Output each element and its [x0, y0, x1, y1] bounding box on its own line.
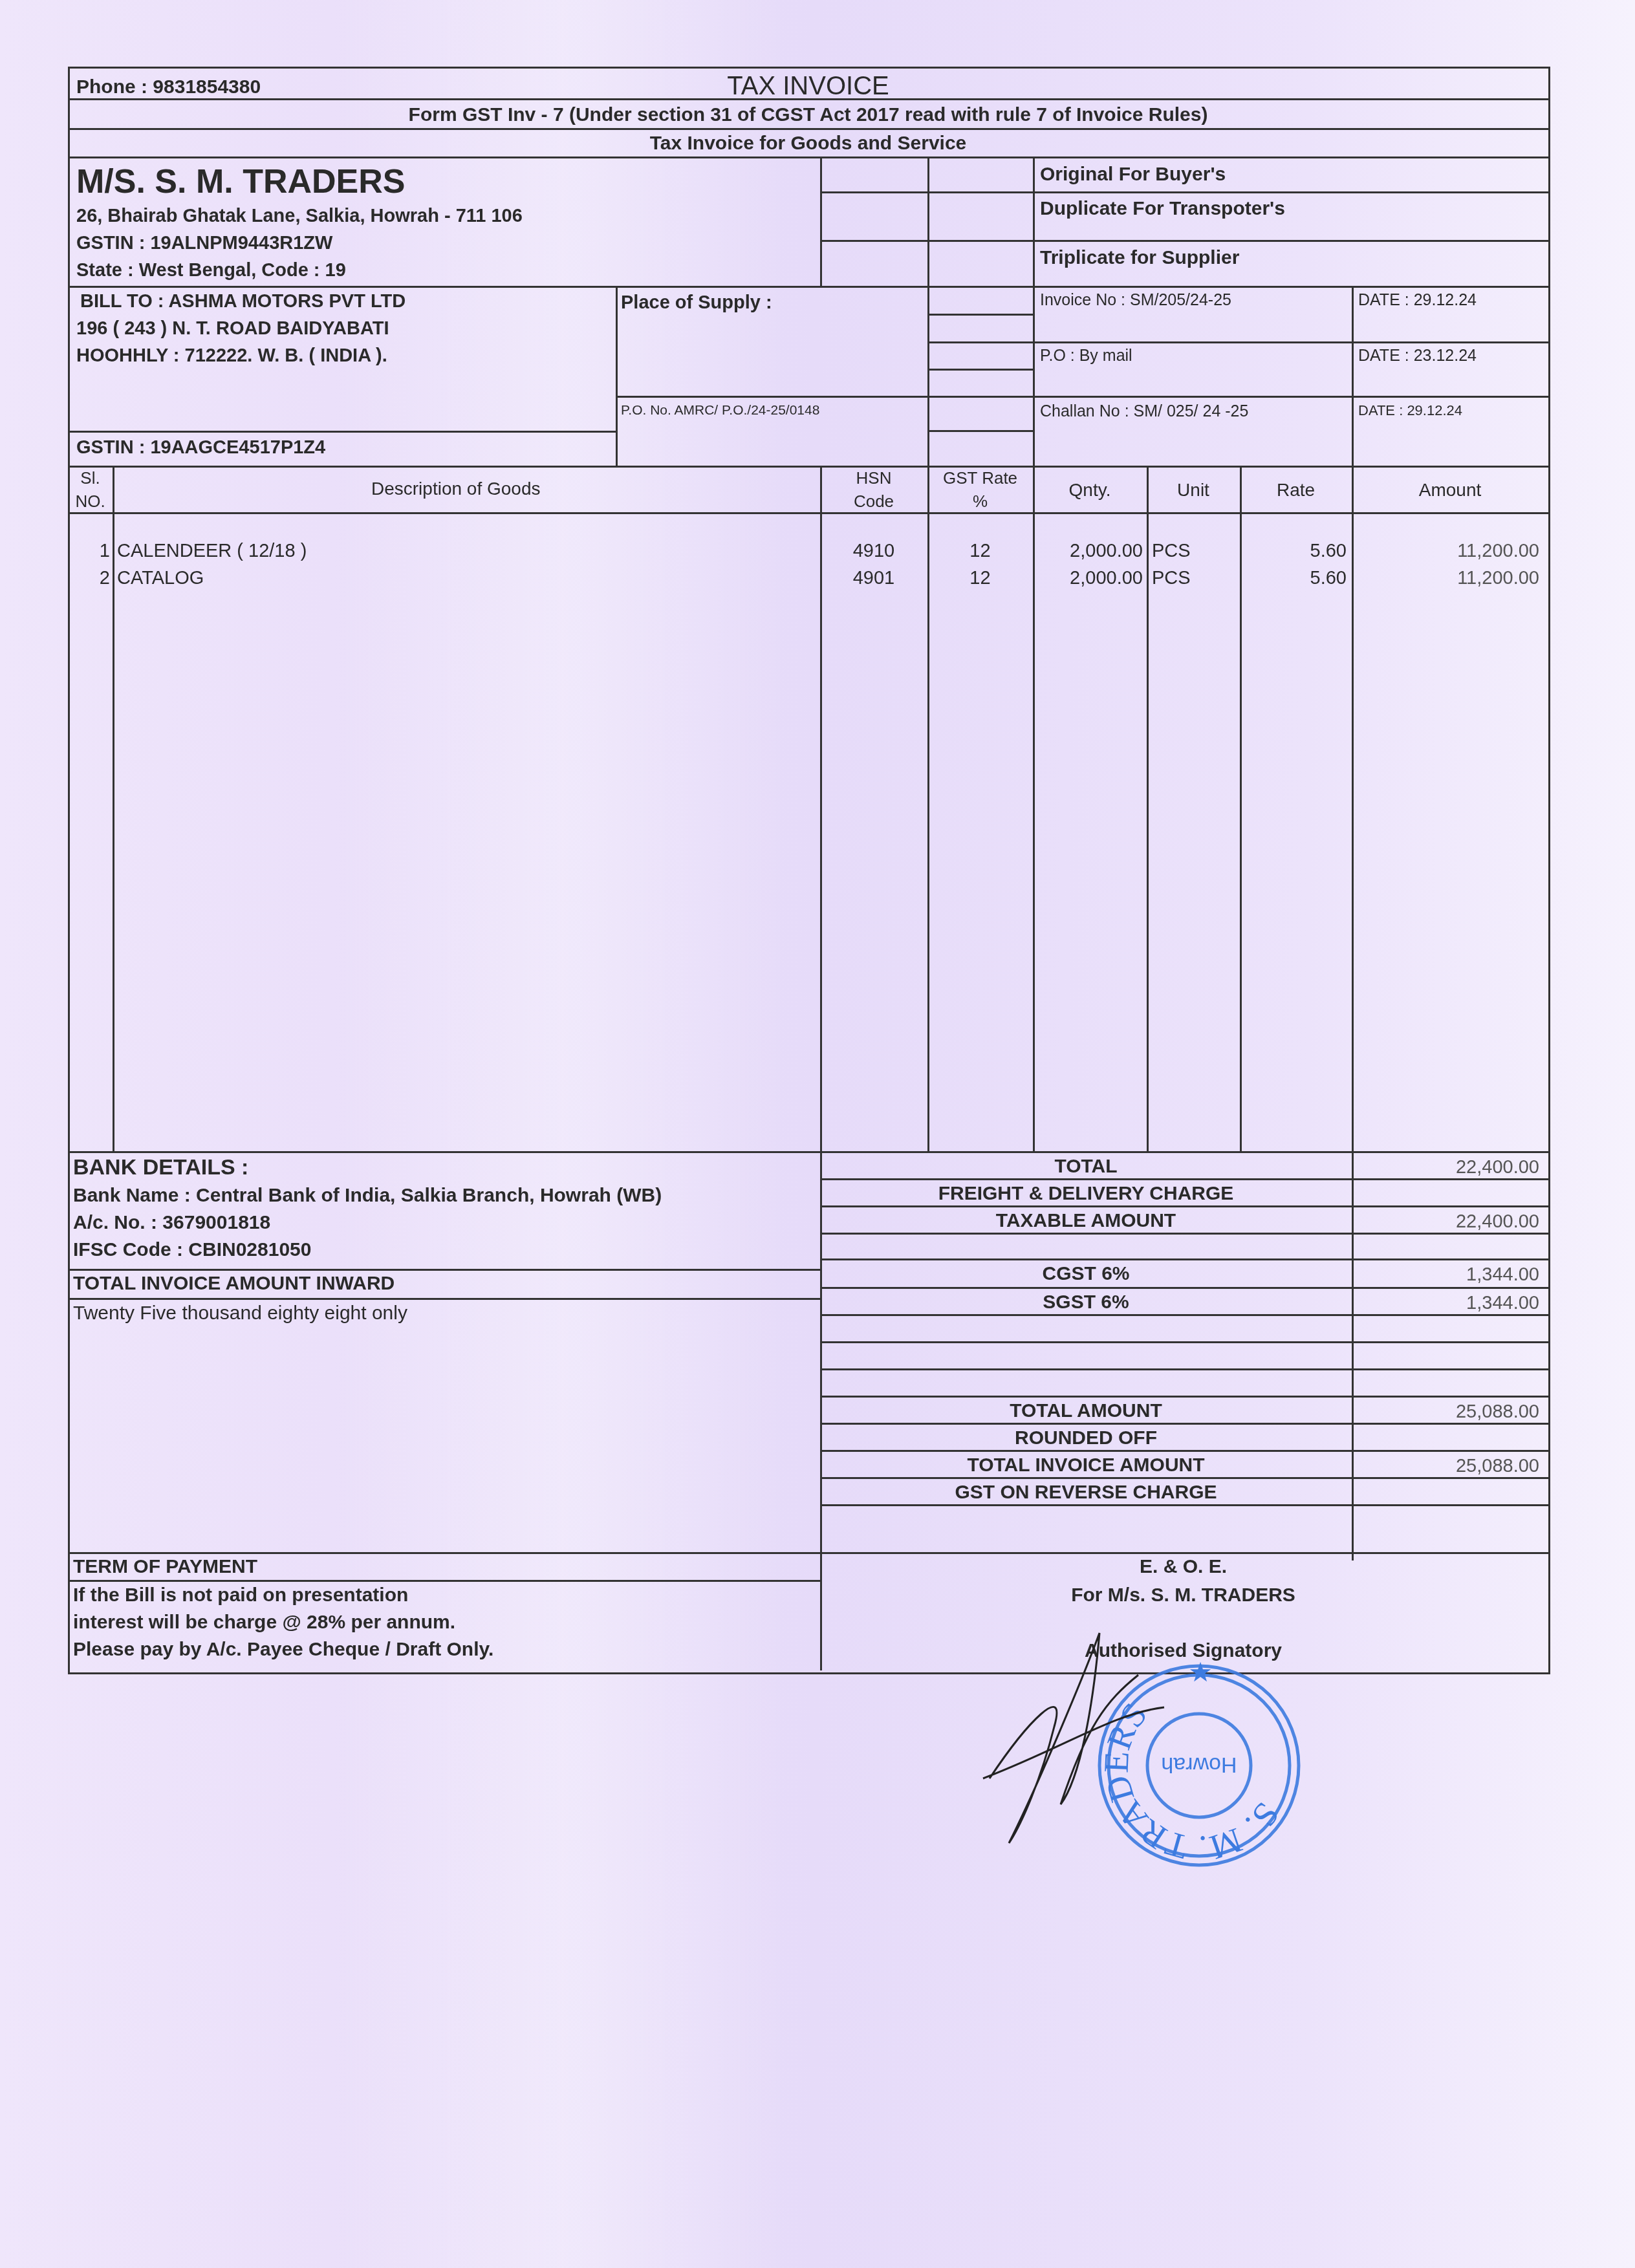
- divider: [820, 1368, 1548, 1370]
- divider: [1033, 157, 1035, 467]
- summary-value: 25,088.00: [1352, 1457, 1539, 1476]
- amount-in-words: Twenty Five thousand eighty eight only: [73, 1304, 407, 1323]
- row-hsn: 4910: [820, 542, 927, 561]
- row-description: CALENDEER ( 12/18 ): [117, 542, 307, 561]
- divider: [927, 430, 1035, 432]
- col-header-sl: Sl.: [68, 470, 113, 486]
- copy-triplicate: Triplicate for Supplier: [1040, 248, 1239, 268]
- terms-heading: TERM OF PAYMENT: [73, 1557, 257, 1577]
- summary-label: GST ON REVERSE CHARGE: [820, 1483, 1352, 1502]
- row-hsn: 4901: [820, 569, 927, 588]
- summary-label: FREIGHT & DELIVERY CHARGE: [820, 1184, 1352, 1204]
- divider: [820, 466, 822, 1151]
- divider: [1352, 286, 1354, 466]
- divider: [820, 1450, 1548, 1452]
- po-date: DATE : 23.12.24: [1358, 348, 1477, 364]
- row-unit: PCS: [1152, 542, 1191, 561]
- divider: [68, 157, 1548, 158]
- divider: [616, 396, 929, 398]
- seller-name: M/S. S. M. TRADERS: [76, 165, 405, 199]
- document-title: TAX INVOICE: [68, 73, 1548, 99]
- row-description: CATALOG: [117, 569, 204, 588]
- divider: [820, 1504, 1548, 1506]
- star-icon: ★: [1188, 1657, 1213, 1687]
- divider: [1240, 466, 1242, 1151]
- col-header-rate: Rate: [1240, 481, 1352, 499]
- divider: [927, 369, 1035, 371]
- challan-number: Challan No : SM/ 025/ 24 -25: [1040, 404, 1248, 420]
- company-stamp: S. M. TRADERS Howrah ★: [970, 1630, 1332, 1901]
- buyer-address-line2: HOOHHLY : 712222. W. B. ( INDIA ).: [76, 347, 387, 365]
- po-reference: P.O : By mail: [1040, 348, 1132, 364]
- row-amount: 11,200.00: [1352, 542, 1539, 561]
- divider: [68, 431, 618, 433]
- divider: [820, 1258, 1548, 1260]
- summary-label: TOTAL INVOICE AMOUNT: [820, 1456, 1352, 1475]
- stamp-outer-text: S. M. TRADERS: [1096, 1696, 1286, 1868]
- terms-line3: Please pay by A/c. Payee Cheque / Draft …: [73, 1640, 493, 1659]
- divider: [68, 1269, 822, 1271]
- copy-original: Original For Buyer's: [1040, 165, 1226, 184]
- col-header-unit: Unit: [1147, 481, 1240, 499]
- col-header-amount: Amount: [1352, 481, 1548, 499]
- summary-value: 1,344.00: [1352, 1266, 1539, 1284]
- divider: [820, 1178, 1548, 1180]
- copy-duplicate: Duplicate For Transpoter's: [1040, 199, 1285, 219]
- divider: [927, 341, 1548, 343]
- divider: [68, 1580, 822, 1582]
- row-sl: 1: [68, 542, 110, 561]
- invoice-number: Invoice No : SM/205/24-25: [1040, 292, 1231, 308]
- divider: [820, 1314, 1548, 1316]
- row-qty: 2,000.00: [1033, 569, 1143, 588]
- divider: [820, 157, 822, 286]
- form-reference: Form GST Inv - 7 (Under section 31 of CG…: [68, 105, 1548, 125]
- divider: [820, 1477, 1548, 1479]
- row-gst: 12: [927, 542, 1033, 561]
- divider: [820, 1341, 1548, 1343]
- divider: [820, 1396, 1548, 1398]
- col-header-hsn-code: Code: [820, 493, 927, 510]
- summary-value: 22,400.00: [1352, 1158, 1539, 1177]
- summary-value: 1,344.00: [1352, 1294, 1539, 1313]
- divider: [1147, 466, 1149, 1151]
- challan-date: DATE : 29.12.24: [1358, 404, 1462, 418]
- divider: [820, 1233, 1548, 1235]
- buyer-gstin: GSTIN : 19AAGCE4517P1Z4: [76, 438, 325, 457]
- divider: [927, 286, 929, 466]
- summary-label: SGST 6%: [820, 1293, 1352, 1312]
- divider: [113, 466, 114, 1151]
- summary-label: TOTAL AMOUNT: [820, 1401, 1352, 1421]
- summary-label: CGST 6%: [820, 1264, 1352, 1284]
- seller-address: 26, Bhairab Ghatak Lane, Salkia, Howrah …: [76, 207, 523, 226]
- bank-ifsc: IFSC Code : CBIN0281050: [73, 1240, 311, 1260]
- row-gst: 12: [927, 569, 1033, 588]
- eoe-note: E. & O. E.: [820, 1557, 1546, 1577]
- bank-account: A/c. No. : 3679001818: [73, 1213, 270, 1233]
- divider: [927, 466, 929, 1151]
- row-amount: 11,200.00: [1352, 569, 1539, 588]
- po-number: P.O. No. AMRC/ P.O./24-25/0148: [621, 404, 819, 417]
- buyer-address-line1: 196 ( 243 ) N. T. ROAD BAIDYABATI: [76, 319, 389, 338]
- summary-value: 25,088.00: [1352, 1403, 1539, 1421]
- divider: [927, 396, 1548, 398]
- divider: [1033, 466, 1035, 1151]
- divider: [68, 1151, 1548, 1153]
- summary-label: TAXABLE AMOUNT: [820, 1211, 1352, 1231]
- divider: [68, 1298, 822, 1300]
- col-header-gst-percent: %: [927, 493, 1033, 510]
- divider: [820, 191, 1548, 193]
- row-rate: 5.60: [1240, 542, 1347, 561]
- divider: [927, 314, 1035, 316]
- row-qty: 2,000.00: [1033, 542, 1143, 561]
- bill-to: BILL TO : ASHMA MOTORS PVT LTD: [80, 292, 406, 311]
- summary-value: 22,400.00: [1352, 1213, 1539, 1231]
- stamp-inner-text: Howrah: [1161, 1753, 1237, 1777]
- divider: [820, 240, 1548, 242]
- col-header-qty: Qnty.: [1033, 481, 1147, 499]
- bank-heading: BANK DETAILS :: [73, 1156, 248, 1178]
- divider: [68, 128, 1548, 130]
- for-company: For M/s. S. M. TRADERS: [820, 1586, 1546, 1605]
- divider: [1352, 466, 1354, 1151]
- row-sl: 2: [68, 569, 110, 588]
- divider: [927, 157, 929, 286]
- divider: [820, 1205, 1548, 1207]
- invoice-date: DATE : 29.12.24: [1358, 292, 1477, 308]
- document-subtitle: Tax Invoice for Goods and Service: [68, 134, 1548, 153]
- bank-name: Bank Name : Central Bank of India, Salki…: [73, 1186, 662, 1205]
- divider: [68, 466, 1548, 468]
- seller-gstin: GSTIN : 19ALNPM9443R1ZW: [76, 234, 332, 253]
- terms-line2: interest will be charge @ 28% per annum.: [73, 1613, 455, 1632]
- divider: [820, 1423, 1548, 1425]
- summary-label: ROUNDED OFF: [820, 1429, 1352, 1448]
- row-unit: PCS: [1152, 569, 1191, 588]
- seller-state: State : West Bengal, Code : 19: [76, 261, 346, 280]
- col-header-gst-rate: GST Rate: [927, 470, 1033, 486]
- amount-in-words-heading: TOTAL INVOICE AMOUNT INWARD: [73, 1274, 395, 1293]
- col-header-hsn: HSN: [820, 470, 927, 486]
- row-rate: 5.60: [1240, 569, 1347, 588]
- terms-line1: If the Bill is not paid on presentation: [73, 1586, 408, 1605]
- divider: [616, 286, 618, 466]
- divider: [68, 1552, 1548, 1554]
- divider: [68, 286, 1548, 288]
- divider: [820, 1287, 1548, 1289]
- col-header-no: NO.: [68, 493, 113, 510]
- divider: [68, 512, 1548, 514]
- summary-label: TOTAL: [820, 1157, 1352, 1176]
- place-of-supply: Place of Supply :: [621, 294, 772, 312]
- col-header-description: Description of Goods: [371, 480, 540, 498]
